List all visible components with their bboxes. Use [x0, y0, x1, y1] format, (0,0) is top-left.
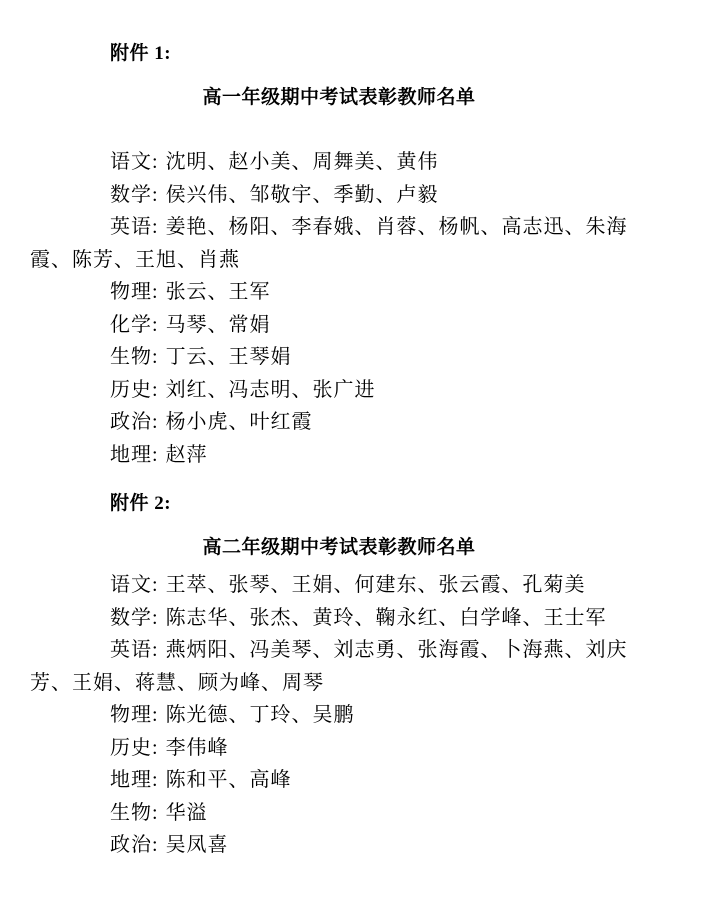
subject-entry: 数学:侯兴伟、邹敬宇、季勤、卢毅	[30, 179, 648, 212]
teacher-names: 李伟峰	[166, 737, 229, 759]
subject-label: 政治:	[110, 834, 159, 856]
subject-entry: 物理:张云、王军	[30, 276, 648, 309]
subject-label: 英语:	[110, 639, 159, 661]
subject-entry: 政治:杨小虎、叶红霞	[30, 406, 648, 439]
subject-entry: 物理:陈光德、丁玲、吴鹏	[30, 699, 648, 732]
teacher-names: 陈志华、张杰、黄玲、鞠永红、白学峰、王士军	[166, 607, 607, 629]
subject-label: 地理:	[110, 444, 159, 466]
subject-label: 政治:	[110, 411, 159, 433]
subject-label: 历史:	[110, 379, 159, 401]
teacher-names: 陈光德、丁玲、吴鹏	[166, 704, 355, 726]
subject-entry: 英语:燕炳阳、冯美琴、刘志勇、张海霞、卜海燕、刘庆芳、王娟、蒋慧、顾为峰、周琴	[30, 634, 648, 699]
subject-entry: 地理:赵萍	[30, 439, 648, 472]
teacher-names: 丁云、王琴娟	[166, 346, 292, 368]
attachment-2-label: 附件 2:	[30, 488, 648, 521]
subject-label: 数学:	[110, 184, 159, 206]
teacher-names: 沈明、赵小美、周舞美、黄伟	[166, 151, 439, 173]
teacher-names: 王萃、张琴、王娟、何建东、张云霞、孔菊美	[166, 574, 586, 596]
subject-label: 物理:	[110, 281, 159, 303]
subject-entry: 英语:姜艳、杨阳、李春娥、肖蓉、杨帆、高志迅、朱海霞、陈芳、王旭、肖燕	[30, 211, 648, 276]
teacher-names: 吴凤喜	[166, 834, 229, 856]
subject-label: 语文:	[110, 574, 159, 596]
teacher-names: 陈和平、高峰	[166, 769, 292, 791]
teacher-names: 张云、王军	[166, 281, 271, 303]
subject-label: 化学:	[110, 314, 159, 336]
subject-entry: 语文:王萃、张琴、王娟、何建东、张云霞、孔菊美	[30, 569, 648, 602]
subject-entry: 语文:沈明、赵小美、周舞美、黄伟	[30, 146, 648, 179]
attachment-1-label: 附件 1:	[30, 38, 648, 71]
attachment-1-title: 高一年级期中考试表彰教师名单	[30, 82, 648, 115]
teacher-names: 刘红、冯志明、张广进	[166, 379, 376, 401]
subject-entry: 生物:丁云、王琴娟	[30, 341, 648, 374]
subject-entry: 生物:华溢	[30, 797, 648, 830]
attachment-2-title: 高二年级期中考试表彰教师名单	[30, 532, 648, 565]
subject-label: 生物:	[110, 346, 159, 368]
subject-entry: 数学:陈志华、张杰、黄玲、鞠永红、白学峰、王士军	[30, 602, 648, 635]
teacher-names: 马琴、常娟	[166, 314, 271, 336]
subject-label: 英语:	[110, 216, 159, 238]
subject-entry: 历史:刘红、冯志明、张广进	[30, 374, 648, 407]
teacher-names: 赵萍	[166, 444, 208, 466]
teacher-names: 侯兴伟、邹敬宇、季勤、卢毅	[166, 184, 439, 206]
subject-entry: 政治:吴凤喜	[30, 829, 648, 862]
subject-label: 数学:	[110, 607, 159, 629]
subject-label: 历史:	[110, 737, 159, 759]
attachment-1-teacher-list: 语文:沈明、赵小美、周舞美、黄伟数学:侯兴伟、邹敬宇、季勤、卢毅英语:姜艳、杨阳…	[30, 146, 648, 471]
attachment-section-2: 附件 2: 高二年级期中考试表彰教师名单 语文:王萃、张琴、王娟、何建东、张云霞…	[30, 488, 648, 862]
subject-label: 语文:	[110, 151, 159, 173]
attachment-section-1: 附件 1: 高一年级期中考试表彰教师名单 语文:沈明、赵小美、周舞美、黄伟数学:…	[30, 38, 648, 471]
subject-entry: 地理:陈和平、高峰	[30, 764, 648, 797]
subject-entry: 历史:李伟峰	[30, 732, 648, 765]
teacher-names: 杨小虎、叶红霞	[166, 411, 313, 433]
teacher-names: 华溢	[166, 802, 208, 824]
document-page: 附件 1: 高一年级期中考试表彰教师名单 语文:沈明、赵小美、周舞美、黄伟数学:…	[0, 0, 701, 904]
subject-label: 地理:	[110, 769, 159, 791]
subject-label: 生物:	[110, 802, 159, 824]
subject-entry: 化学:马琴、常娟	[30, 309, 648, 342]
subject-label: 物理:	[110, 704, 159, 726]
attachment-2-teacher-list: 语文:王萃、张琴、王娟、何建东、张云霞、孔菊美数学:陈志华、张杰、黄玲、鞠永红、…	[30, 569, 648, 862]
